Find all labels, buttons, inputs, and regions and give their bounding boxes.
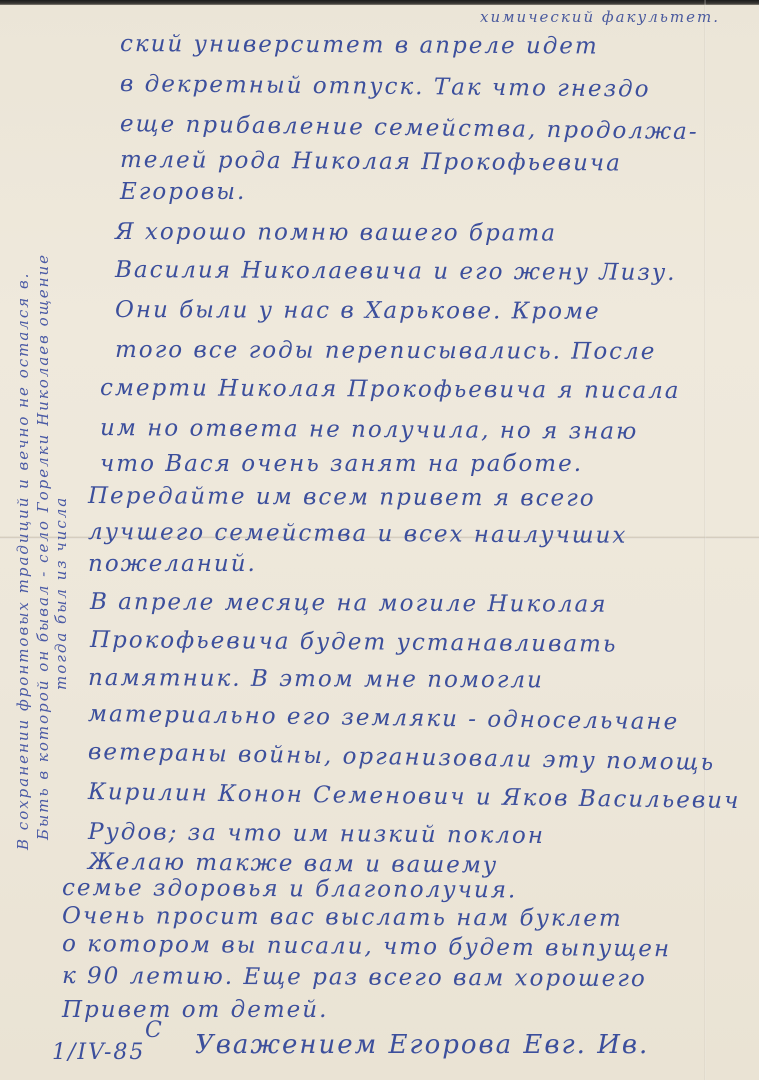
body-line: к 90 летию. Еще раз всего вам хорошего	[62, 962, 647, 993]
body-line: ский университет в апреле идет	[120, 30, 599, 61]
letter-page: химический факультет. ский университет в…	[0, 0, 759, 1080]
body-line: пожеланий.	[88, 550, 257, 578]
body-line: В апреле месяце на могиле Николая	[90, 588, 608, 619]
scan-top-edge	[0, 0, 759, 5]
margin-note: В сохранении фронтовых традиций и вечно …	[14, 272, 32, 850]
closing-prefix: С	[145, 1018, 164, 1043]
body-line: Рудов; за что им низкий поклон	[88, 818, 545, 850]
body-line: Очень просит вас выслать нам буклет	[62, 902, 623, 933]
body-line: семье здоровья и благополучия.	[62, 874, 517, 904]
body-line: смерти Николая Прокофьевича я писала	[100, 374, 681, 405]
body-line: телей рода Николая Прокофьевича	[120, 146, 622, 178]
body-line: Василия Николаевича и его жену Лизу.	[115, 256, 677, 287]
body-line: Я хорошо помню вашего брата	[115, 218, 557, 248]
body-line: ветераны войны, организовали эту помощь	[88, 738, 716, 777]
body-line: Прокофьевича будет устанавливать	[90, 626, 618, 659]
header-note: химический факультет.	[480, 8, 720, 26]
body-line: что Вася очень занят на работе.	[100, 450, 583, 478]
margin-note: тогда был из числа	[52, 496, 70, 690]
margin-note: Быть в которой он бывал - село Горелки Н…	[34, 253, 52, 840]
body-line: того все годы переписывались. После	[115, 336, 656, 366]
body-line: о котором вы писали, что будет выпущен	[62, 930, 671, 963]
body-line: Кирилин Конон Семенович и Яков Васильеви…	[88, 778, 741, 815]
body-line: памятник. В этом мне помогли	[88, 664, 544, 694]
body-line: еще прибавление семейства, продолжа-	[120, 110, 699, 146]
signature: Уважением Егорова Евг. Ив.	[195, 1030, 649, 1060]
body-line: Передайте им всем привет я всего	[88, 482, 596, 513]
body-line: Егоровы.	[120, 178, 246, 206]
body-line: в декретный отпуск. Так что гнездо	[120, 70, 651, 104]
left-margin-notes: В сохранении фронтовых традиций и вечно …	[0, 0, 100, 1080]
body-line: лучшего семейства и всех наилучших	[88, 518, 628, 550]
body-line: материально его земляки - односельчане	[88, 700, 680, 736]
body-line: им но ответа не получила, но я знаю	[100, 414, 638, 446]
paper-fold-vertical	[704, 0, 706, 1080]
body-line: Привет от детей.	[62, 996, 328, 1024]
body-line: Они были у нас в Харькове. Кроме	[115, 296, 601, 326]
